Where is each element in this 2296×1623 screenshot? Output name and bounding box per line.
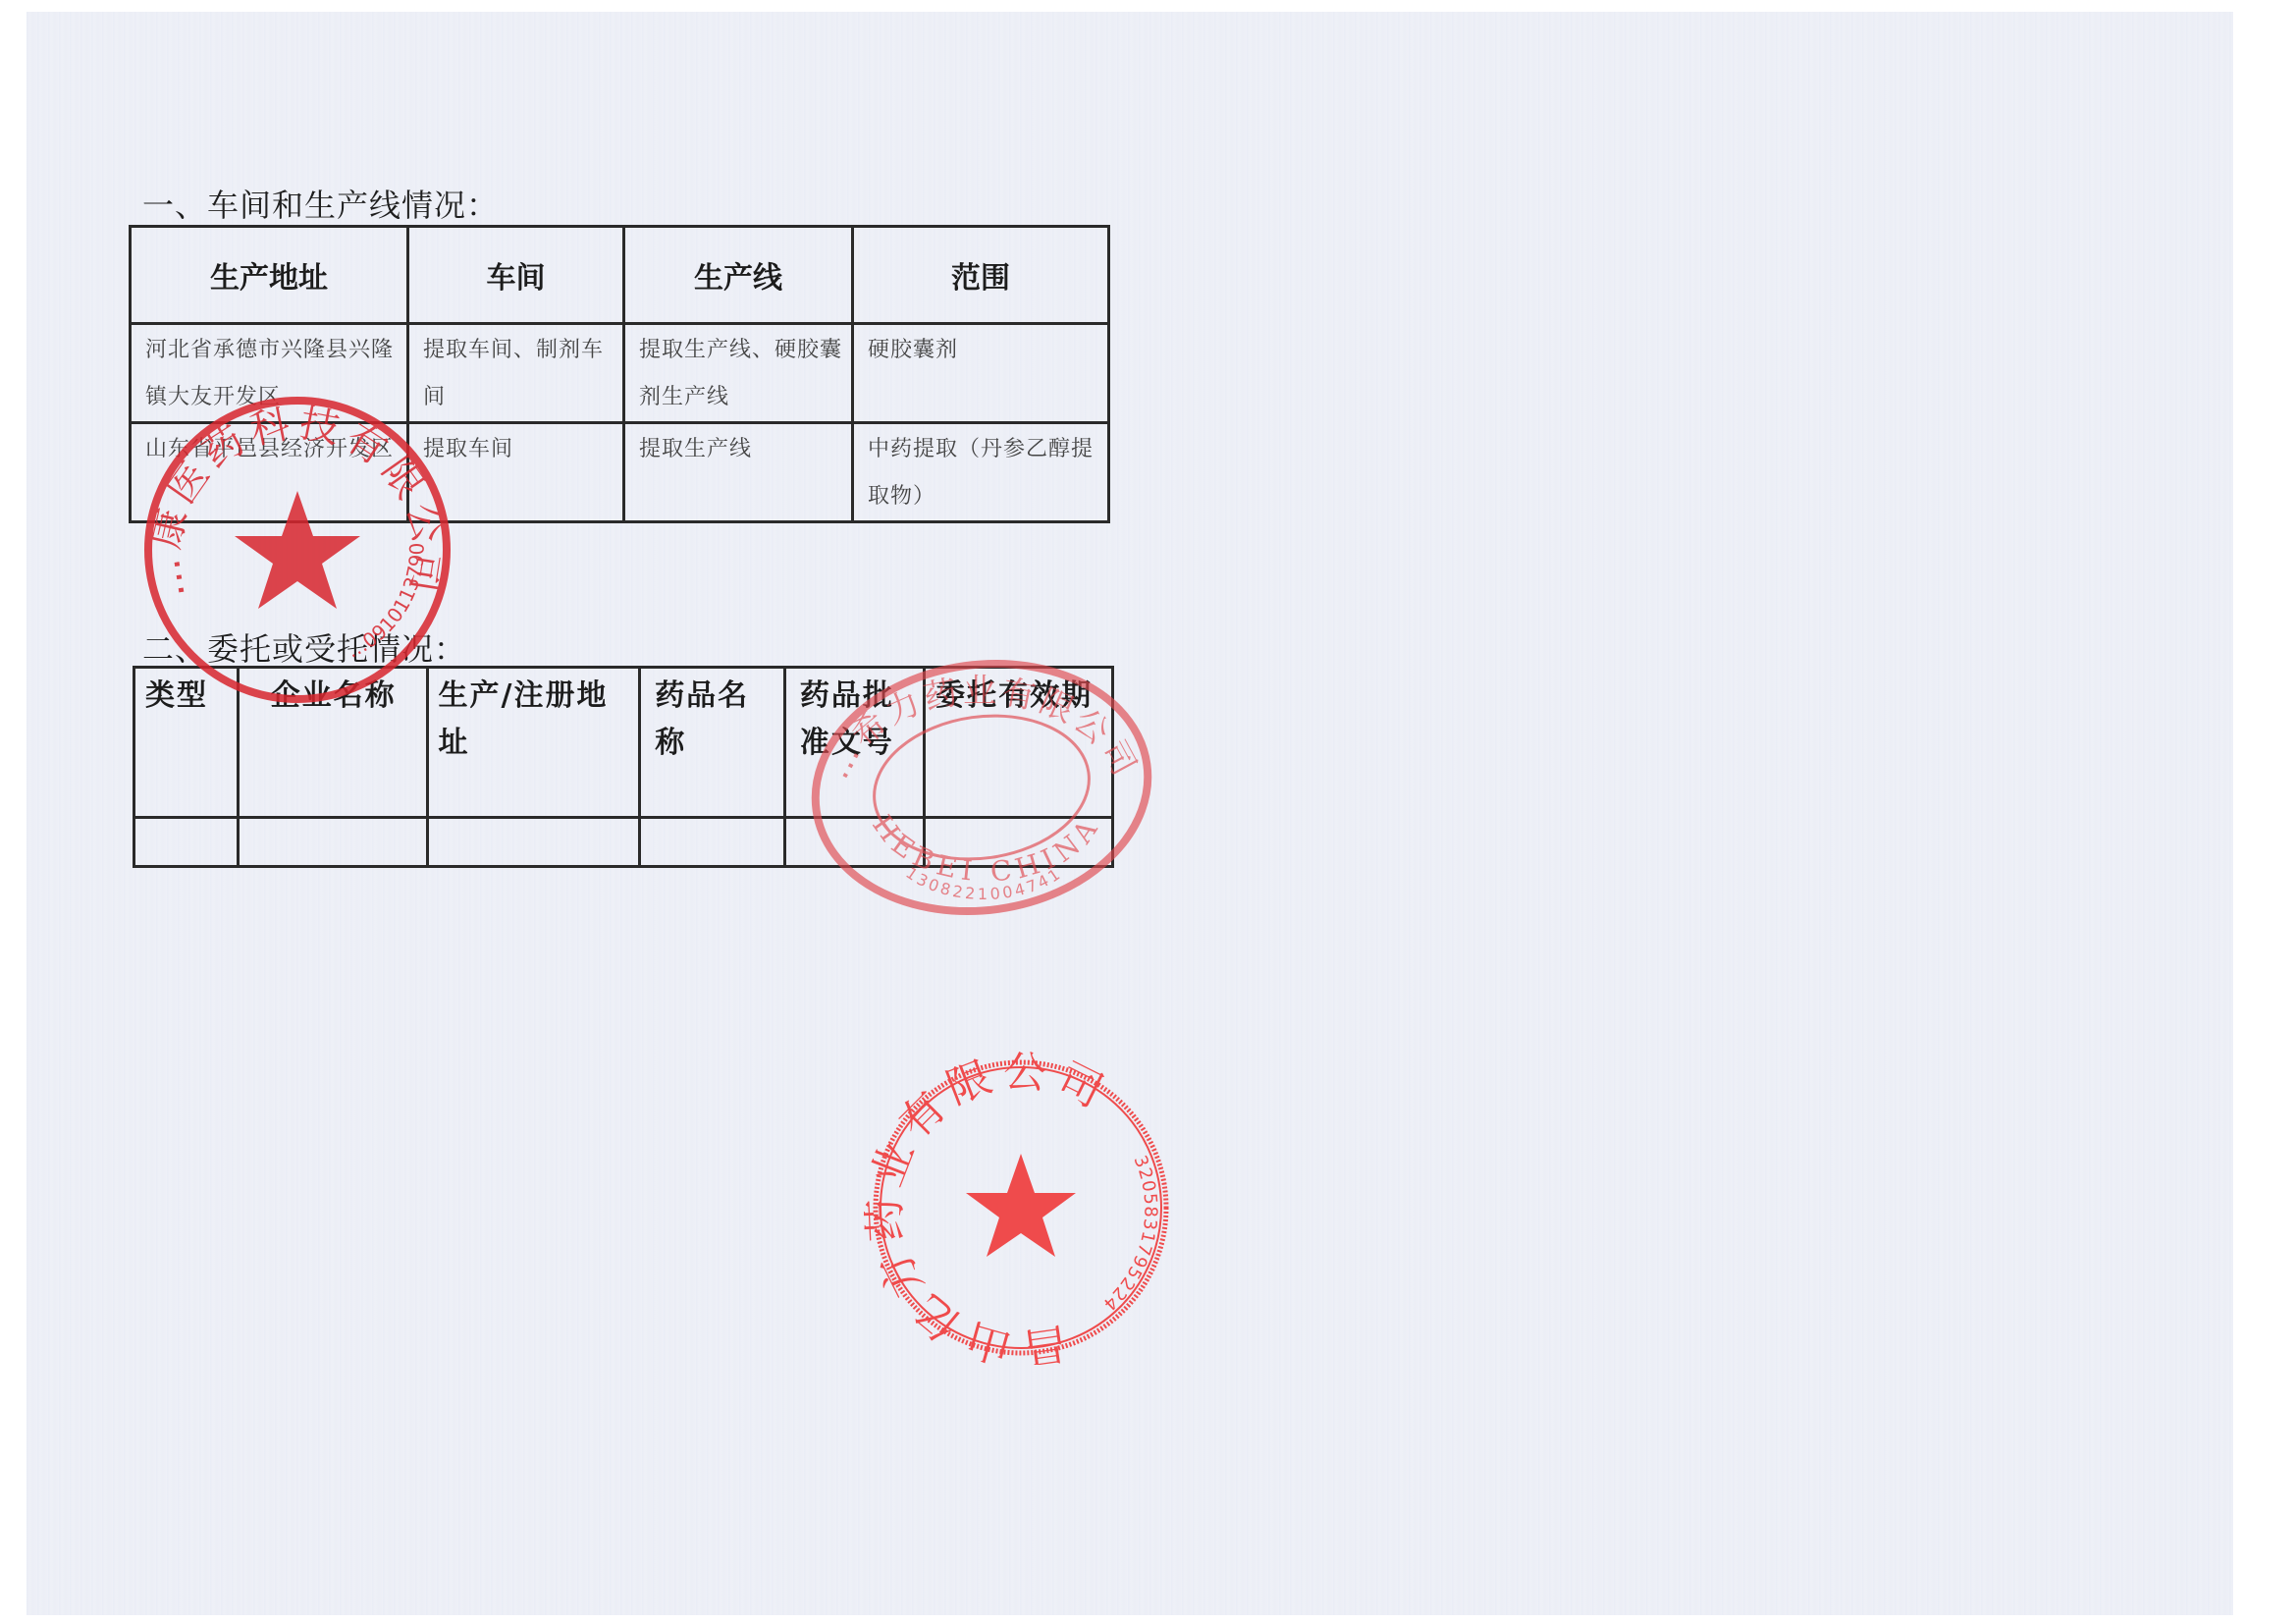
cell-scope: 硬胶囊剂	[853, 324, 1109, 423]
cell-workshop: 提取车间	[408, 423, 624, 522]
cell-line: 提取生产线	[624, 423, 853, 522]
cell-company	[238, 818, 427, 867]
column-header-address: 生产/注册地址	[427, 668, 640, 818]
entrustment-table: 类型 企业名称 生产/注册地址 药品名称 药品批准文号 委托有效期	[133, 666, 1114, 868]
cell-scope: 中药提取（丹参乙醇提取物）	[853, 423, 1109, 522]
table-row	[134, 818, 1113, 867]
column-header-drug-name: 药品名称	[640, 668, 785, 818]
column-header-type: 类型	[134, 668, 239, 818]
table-header-row: 生产地址 车间 生产线 范围	[131, 227, 1109, 324]
cell-address: 河北省承德市兴隆县兴隆镇大友开发区	[131, 324, 408, 423]
section1-heading: 一、车间和生产线情况：	[142, 181, 499, 226]
workshop-production-line-table: 生产地址 车间 生产线 范围 河北省承德市兴隆县兴隆镇大友开发区 提取车间、制剂…	[129, 225, 1110, 523]
cell-validity	[925, 818, 1113, 867]
cell-drug-name	[640, 818, 785, 867]
section2-heading: 二、委托或受托情况：	[142, 624, 466, 670]
table-row: 河北省承德市兴隆县兴隆镇大友开发区 提取车间、制剂车间 提取生产线、硬胶囊剂生产…	[131, 324, 1109, 423]
cell-line: 提取生产线、硬胶囊剂生产线	[624, 324, 853, 423]
cell-address	[427, 818, 640, 867]
column-header-scope: 范围	[853, 227, 1109, 324]
cell-type	[134, 818, 239, 867]
column-header-workshop: 车间	[408, 227, 624, 324]
cell-address: 山东省平邑县经济开发区	[131, 423, 408, 522]
table-row: 山东省平邑县经济开发区 提取车间 提取生产线 中药提取（丹参乙醇提取物）	[131, 423, 1109, 522]
column-header-company: 企业名称	[238, 668, 427, 818]
column-header-validity: 委托有效期	[925, 668, 1113, 818]
column-header-line: 生产线	[624, 227, 853, 324]
cell-approval-number	[784, 818, 924, 867]
table-header-row: 类型 企业名称 生产/注册地址 药品名称 药品批准文号 委托有效期	[134, 668, 1113, 818]
cell-workshop: 提取车间、制剂车间	[408, 324, 624, 423]
column-header-address: 生产地址	[131, 227, 408, 324]
column-header-approval-number: 药品批准文号	[784, 668, 924, 818]
